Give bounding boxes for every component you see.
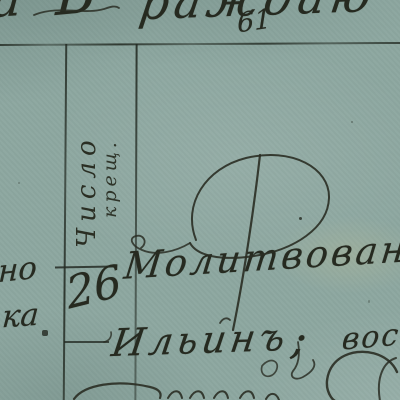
cutoff-line3-letter-tops	[168, 391, 279, 400]
cutoff-capital-c-stroke	[327, 352, 397, 400]
number-column-header: Число крещ.	[64, 46, 136, 262]
margin-fragment-top: но	[0, 250, 38, 290]
entry-number: 26	[63, 255, 124, 319]
record-line2-name: Ильинъ	[109, 315, 292, 365]
header-fragment-capital: Б	[54, 0, 98, 29]
column-header-word-2: крещ.	[101, 46, 121, 262]
header-fragment-number: 61	[237, 4, 272, 40]
descender-loop-stroke	[262, 361, 278, 377]
paper-speck	[351, 121, 353, 123]
paper-speck	[368, 300, 370, 303]
record-line2-continuation: вос	[341, 317, 400, 357]
header-fragment-a: а	[0, 0, 24, 29]
cutoff-line3-swash	[74, 383, 161, 399]
margin-fragment-bottom: ка	[1, 297, 40, 336]
number-column-header-rotated-text: Число крещ.	[74, 46, 121, 262]
row-divider-below-number	[64, 341, 109, 343]
cutoff-right-stroke	[379, 358, 396, 400]
manuscript-page: а Б раждаю 61 Число крещ. 26 но ка Молит…	[0, 0, 400, 400]
paper-speck	[299, 217, 302, 220]
ink-dot-left-margin	[42, 330, 48, 336]
record-line1: Молитвован	[122, 227, 400, 288]
paper-speck	[18, 182, 20, 184]
top-ruled-line	[0, 42, 400, 46]
record-line2-separator: ;	[289, 313, 309, 365]
column-header-word-1: Число	[74, 46, 101, 262]
